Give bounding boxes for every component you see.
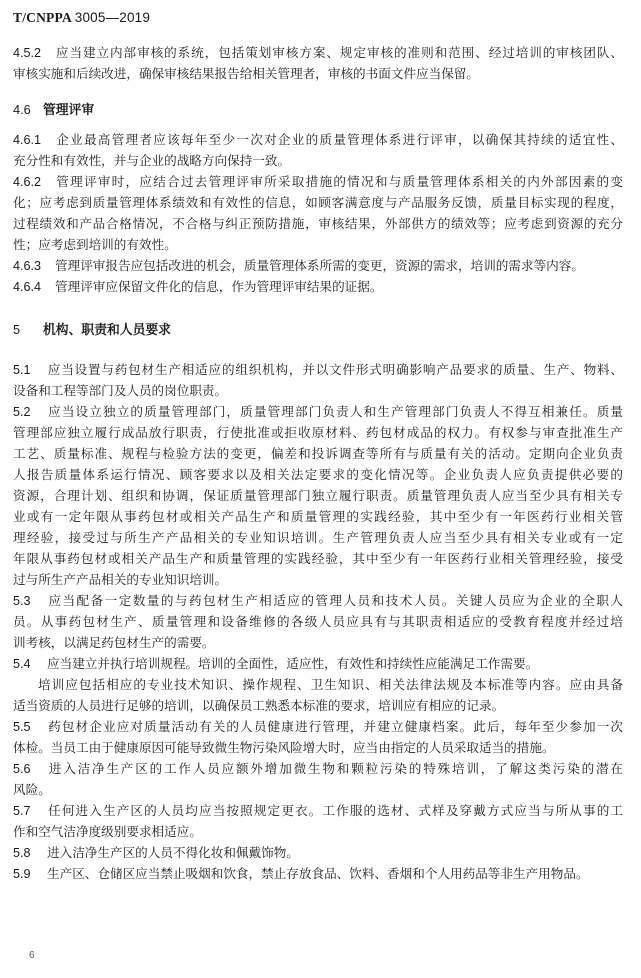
clause-text: 培训应包括相应的专业技术知识、操作规程、卫生知识、相关法律法规及本标准等内容。应… [38, 677, 623, 692]
clause-text: 过与所生产产品相关的专业知识培训。 [13, 572, 227, 587]
paragraph-line: 风险。 [13, 781, 623, 798]
clause-text: 年限从事药包材或相关产品生产和质量管理的实践经验，其中至少有一年医药行业相关管理… [13, 551, 623, 566]
paragraph-line: 员。从事药包材生产、质量管理和设备维修的各级人员应具有与其职责相适应的受教育程度… [13, 613, 623, 630]
clause-text: 管理评审时，应结合过去管理评审所采取措施的情况和与质量管理体系相关的内外部因素的… [55, 174, 623, 189]
clause-text: 应当设立独立的质量管理部门，质量管理部门负责人和生产管理部门负责人不得互相兼任。… [47, 404, 623, 419]
clause-number: 5.3 [13, 593, 47, 610]
paragraph-line: 年限从事药包材或相关产品生产和质量管理的实践经验，其中至少有一年医药行业相关管理… [13, 550, 623, 567]
clause-text: 任何进入生产区的人员均应当按照规定更衣。工作服的选材、式样及穿戴方式应当与所从事… [47, 803, 623, 818]
section-number: 4.6 [13, 102, 43, 117]
section-number: 5 [13, 322, 43, 337]
paragraph-line: 化；应考虑到质量管理体系绩效和有效性的信息，如顾客满意度与产品服务反馈，质量目标… [13, 194, 623, 211]
clause-text: 业或有一定年限从事药包材或相关产品生产和质量管理的实践经验，其中至少有一年医药行… [13, 509, 623, 524]
clause-text: 药包材企业应对质量活动有关的人员健康进行管理，并建立健康档案。此后，每年至少参加… [47, 719, 623, 734]
paragraph-line: 工艺、质量标准、规程与检验方法的变更，偏差和投诉调查等所有与质量有关的活动。定期… [13, 445, 623, 462]
clause-text: 生产区、仓储区应当禁止吸烟和饮食，禁止存放食品、饮料、香烟和个人用药品等非生产用… [47, 866, 589, 881]
clause-text: 应当建立内部审核的系统，包括策划审核方案、规定审核的准则和范围、经过培训的审核团… [55, 45, 623, 60]
clause-text: 化；应考虑到质量管理体系绩效和有效性的信息，如顾客满意度与产品服务反馈，质量目标… [13, 195, 623, 210]
clause-line: 5.2应当设立独立的质量管理部门，质量管理部门负责人和生产管理部门负责人不得互相… [13, 403, 623, 421]
clause-number: 5.9 [13, 866, 47, 883]
clause-text: 管理评审应保留文件化的信息，作为管理评审结果的证据。 [55, 279, 382, 294]
paragraph-line: 资源，合理计划、组织和协调，保证质量管理部门独立履行职责。质量管理负责人应当至少… [13, 487, 623, 504]
document-header: T/CNPPA 3005—2019 [13, 10, 150, 26]
clause-text: 企业最高管理者应该每年至少一次对企业的质量管理体系进行评审，以确保其持续的适宜性… [55, 132, 623, 147]
clause-text: 资源，合理计划、组织和协调，保证质量管理部门独立履行职责。质量管理负责人应当至少… [13, 488, 623, 503]
paragraph-line: 适当资质的人员进行足够的培训，以确保员工熟悉本标准的要求，培训应有相应的记录。 [13, 697, 623, 714]
clause-text: 审核实施和后续改进，确保审核结果报告给相关管理者，审核的书面文件应当保留。 [13, 66, 479, 81]
paragraph-line: 性；应考虑到培训的有效性。 [13, 236, 623, 253]
section-heading: 4.6管理评审 [13, 99, 94, 118]
clause-line: 4.6.4管理评审应保留文件化的信息，作为管理评审结果的证据。 [13, 278, 623, 296]
clause-text: 管理评审报告应包括改进的机会，质量管理体系所需的变更，资源的需求，培训的需求等内… [55, 258, 584, 273]
paragraph-line: 过与所生产产品相关的专业知识培训。 [13, 571, 623, 588]
clause-number: 5.4 [13, 656, 47, 673]
clause-line: 5.3应当配备一定数量的与药包材生产相适应的管理人员和技术人员。关键人员应为企业… [13, 592, 623, 610]
clause-line: 5.7任何进入生产区的人员均应当按照规定更衣。工作服的选材、式样及穿戴方式应当与… [13, 802, 623, 820]
clause-text: 管理部应独立履行成品放行职责，行使批准或拒收原材料、药包材成品的权力。有权参与审… [13, 425, 623, 440]
clause-line: 5.5药包材企业应对质量活动有关的人员健康进行管理，并建立健康档案。此后，每年至… [13, 718, 623, 736]
paragraph-line: 体检。当员工由于健康原因可能导致微生物污染风险增大时，应当由指定的人员采取适当的… [13, 739, 623, 756]
clause-line: 5.9生产区、仓储区应当禁止吸烟和饮食，禁止存放食品、饮料、香烟和个人用药品等非… [13, 865, 623, 883]
clause-text: 应当建立并执行培训规程。培训的全面性，适应性，有效性和持续性应能满足工作需要。 [47, 656, 538, 671]
clause-text: 性；应考虑到培训的有效性。 [13, 237, 177, 252]
clause-line: 5.4应当建立并执行培训规程。培训的全面性，适应性，有效性和持续性应能满足工作需… [13, 655, 623, 673]
clause-text: 过程绩效和产品合格情况，不合格与纠正预防措施，审核结果，外部供方的绩效等；应考虑… [13, 216, 623, 231]
section-title: 机构、职责和人员要求 [43, 323, 171, 338]
clause-line: 5.1应当设置与药包材生产相适应的组织机构，并以文件形式明确影响产品要求的质量、… [13, 361, 623, 379]
paragraph-line: 训考核，以满足药包材生产的需要。 [13, 634, 623, 651]
clause-text: 体检。当员工由于健康原因可能导致微生物污染风险增大时，应当由指定的人员采取适当的… [13, 740, 555, 755]
clause-text: 充分性和有效性，并与企业的战略方向保持一致。 [13, 153, 290, 168]
clause-number: 4.5.2 [13, 45, 55, 62]
clause-text: 人报告质量体系运行情况、顾客要求以及相关法定要求的变化情况等。企业负责人应负责提… [13, 467, 623, 482]
clause-number: 5.5 [13, 719, 47, 736]
paragraph-line: 作和空气洁净度级别要求相适应。 [13, 823, 623, 840]
clause-line: 4.6.1企业最高管理者应该每年至少一次对企业的质量管理体系进行评审，以确保其持… [13, 131, 623, 149]
paragraph-line: 业或有一定年限从事药包材或相关产品生产和质量管理的实践经验，其中至少有一年医药行… [13, 508, 623, 525]
paragraph-line: 过程绩效和产品合格情况，不合格与纠正预防措施，审核结果，外部供方的绩效等；应考虑… [13, 215, 623, 232]
paragraph-line: 人报告质量体系运行情况、顾客要求以及相关法定要求的变化情况等。企业负责人应负责提… [13, 466, 623, 483]
standard-code: 3005—2019 [75, 10, 150, 25]
clause-line: 5.6进入洁净生产区的工作人员应额外增加微生物和颗粒污染的特殊培训，了解这类污染… [13, 760, 623, 778]
clause-text: 应当设置与药包材生产相适应的组织机构，并以文件形式明确影响产品要求的质量、生产、… [47, 362, 623, 377]
clause-text: 训考核，以满足药包材生产的需要。 [13, 635, 215, 650]
clause-text: 员。从事药包材生产、质量管理和设备维修的各级人员应具有与其职责相适应的受教育程度… [13, 614, 623, 629]
clause-text: 工艺、质量标准、规程与检验方法的变更，偏差和投诉调查等所有与质量有关的活动。定期… [13, 446, 623, 461]
clause-text: 适当资质的人员进行足够的培训，以确保员工熟悉本标准的要求，培训应有相应的记录。 [13, 698, 504, 713]
paragraph-line: 培训应包括相应的专业技术知识、操作规程、卫生知识、相关法律法规及本标准等内容。应… [38, 676, 623, 693]
clause-number: 5.8 [13, 845, 47, 862]
paragraph-line: 审核实施和后续改进，确保审核结果报告给相关管理者，审核的书面文件应当保留。 [13, 65, 623, 82]
clause-text: 设备和工程等部门及人员的岗位职责。 [13, 383, 227, 398]
clause-number: 4.6.2 [13, 174, 55, 191]
clause-text: 应当配备一定数量的与药包材生产相适应的管理人员和技术人员。关键人员应为企业的全职… [47, 593, 623, 608]
clause-text: 进入洁净生产区的人员不得化妆和佩戴饰物。 [47, 845, 299, 860]
standard-org: T/CNPPA [13, 10, 71, 25]
clause-number: 5.6 [13, 761, 47, 778]
clause-number: 4.6.4 [13, 279, 55, 296]
clause-number: 5.1 [13, 362, 47, 379]
clause-line: 4.5.2应当建立内部审核的系统，包括策划审核方案、规定审核的准则和范围、经过培… [13, 44, 623, 62]
clause-text: 风险。 [13, 782, 51, 797]
clause-number: 5.2 [13, 404, 47, 421]
clause-text: 进入洁净生产区的工作人员应额外增加微生物和颗粒污染的特殊培训，了解这类污染的潜在 [47, 761, 623, 776]
clause-text: 作和空气洁净度级别要求相适应。 [13, 824, 202, 839]
clause-line: 5.8进入洁净生产区的人员不得化妆和佩戴饰物。 [13, 844, 623, 862]
paragraph-line: 理经验，接受过与所生产产品相关的专业知识培训。生产管理负责人应当至少具有相关专业… [13, 529, 623, 546]
section-heading: 5机构、职责和人员要求 [13, 319, 171, 338]
clause-number: 4.6.3 [13, 258, 55, 275]
clause-number: 4.6.1 [13, 132, 55, 149]
clause-text: 理经验，接受过与所生产产品相关的专业知识培训。生产管理负责人应当至少具有相关专业… [13, 530, 623, 545]
clause-number: 5.7 [13, 803, 47, 820]
clause-line: 4.6.2管理评审时，应结合过去管理评审所采取措施的情况和与质量管理体系相关的内… [13, 173, 623, 191]
paragraph-line: 管理部应独立履行成品放行职责，行使批准或拒收原材料、药包材成品的权力。有权参与审… [13, 424, 623, 441]
paragraph-line: 设备和工程等部门及人员的岗位职责。 [13, 382, 623, 399]
page-number: 6 [29, 950, 35, 961]
paragraph-line: 充分性和有效性，并与企业的战略方向保持一致。 [13, 152, 623, 169]
clause-line: 4.6.3管理评审报告应包括改进的机会，质量管理体系所需的变更，资源的需求，培训… [13, 257, 623, 275]
section-title: 管理评审 [43, 103, 94, 118]
